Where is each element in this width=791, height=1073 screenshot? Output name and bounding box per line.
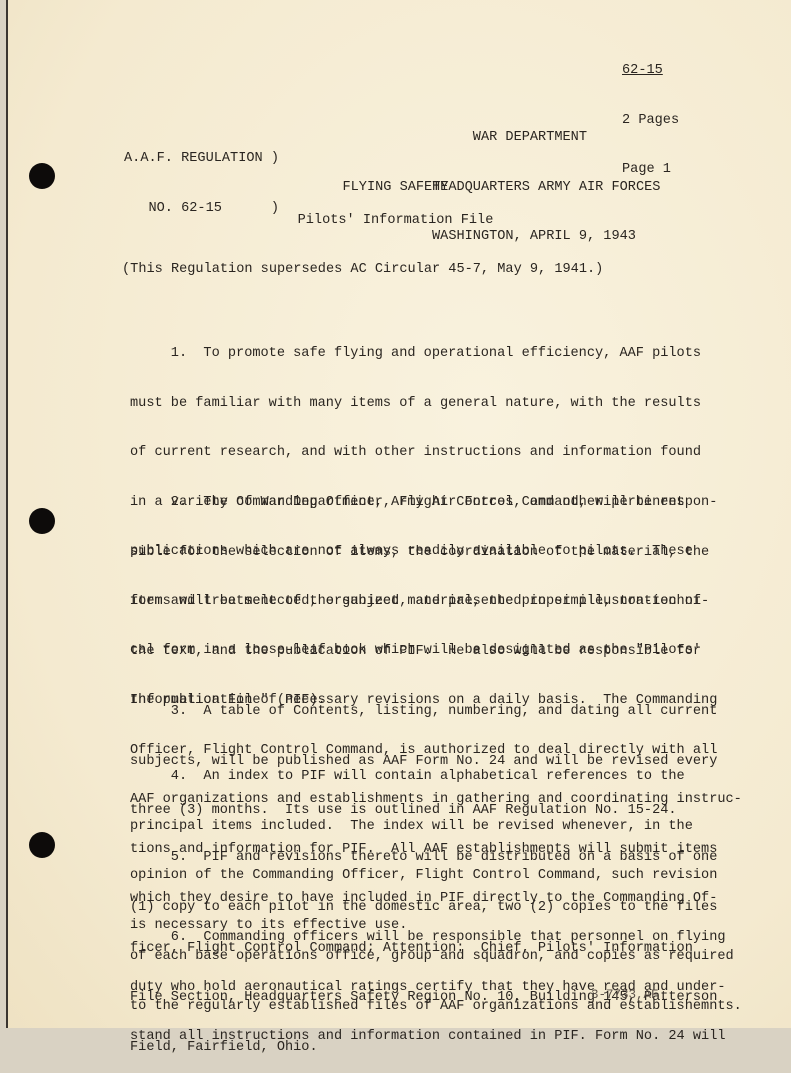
text-line: 5. PIF and revisions thereto will be dis…: [130, 850, 720, 867]
doc-number: 62-15: [622, 63, 679, 80]
text-line: of current research, and with other inst…: [130, 445, 720, 462]
binder-hole-icon: [29, 832, 55, 858]
text-line: the text, and the publication of PIF. He…: [130, 644, 720, 661]
paragraph-6: 6. Commanding officers will be responsib…: [130, 897, 720, 1028]
text-line: sible for the selection of items, the co…: [130, 545, 720, 562]
supersedes-note: (This Regulation supersedes AC Circular …: [122, 262, 603, 279]
date-line: WASHINGTON, APRIL 9, 1943: [432, 229, 660, 246]
document-subtitle: Pilots' Information File: [0, 213, 791, 230]
department-line: WAR DEPARTMENT: [432, 130, 660, 147]
text-line: must be familiar with many items of a ge…: [130, 396, 720, 413]
text-line: form and treatment of the subject materi…: [130, 594, 720, 611]
text-line: 3. A table of Contents, listing, numberi…: [130, 704, 720, 721]
footer-code: 3-7733,AF: [591, 987, 659, 1004]
regulation-line: A.A.F. REGULATION ): [124, 151, 279, 168]
text-line: 6. Commanding officers will be responsib…: [130, 930, 720, 947]
text-line: 1. To promote safe flying and operationa…: [130, 346, 720, 363]
binder-hole-icon: [29, 508, 55, 534]
text-line: 2. The Commanding Officer, Flight Contro…: [130, 495, 720, 512]
text-line: 4. An index to PIF will contain alphabet…: [130, 769, 720, 786]
document-title: FLYING SAFETY: [0, 180, 791, 197]
